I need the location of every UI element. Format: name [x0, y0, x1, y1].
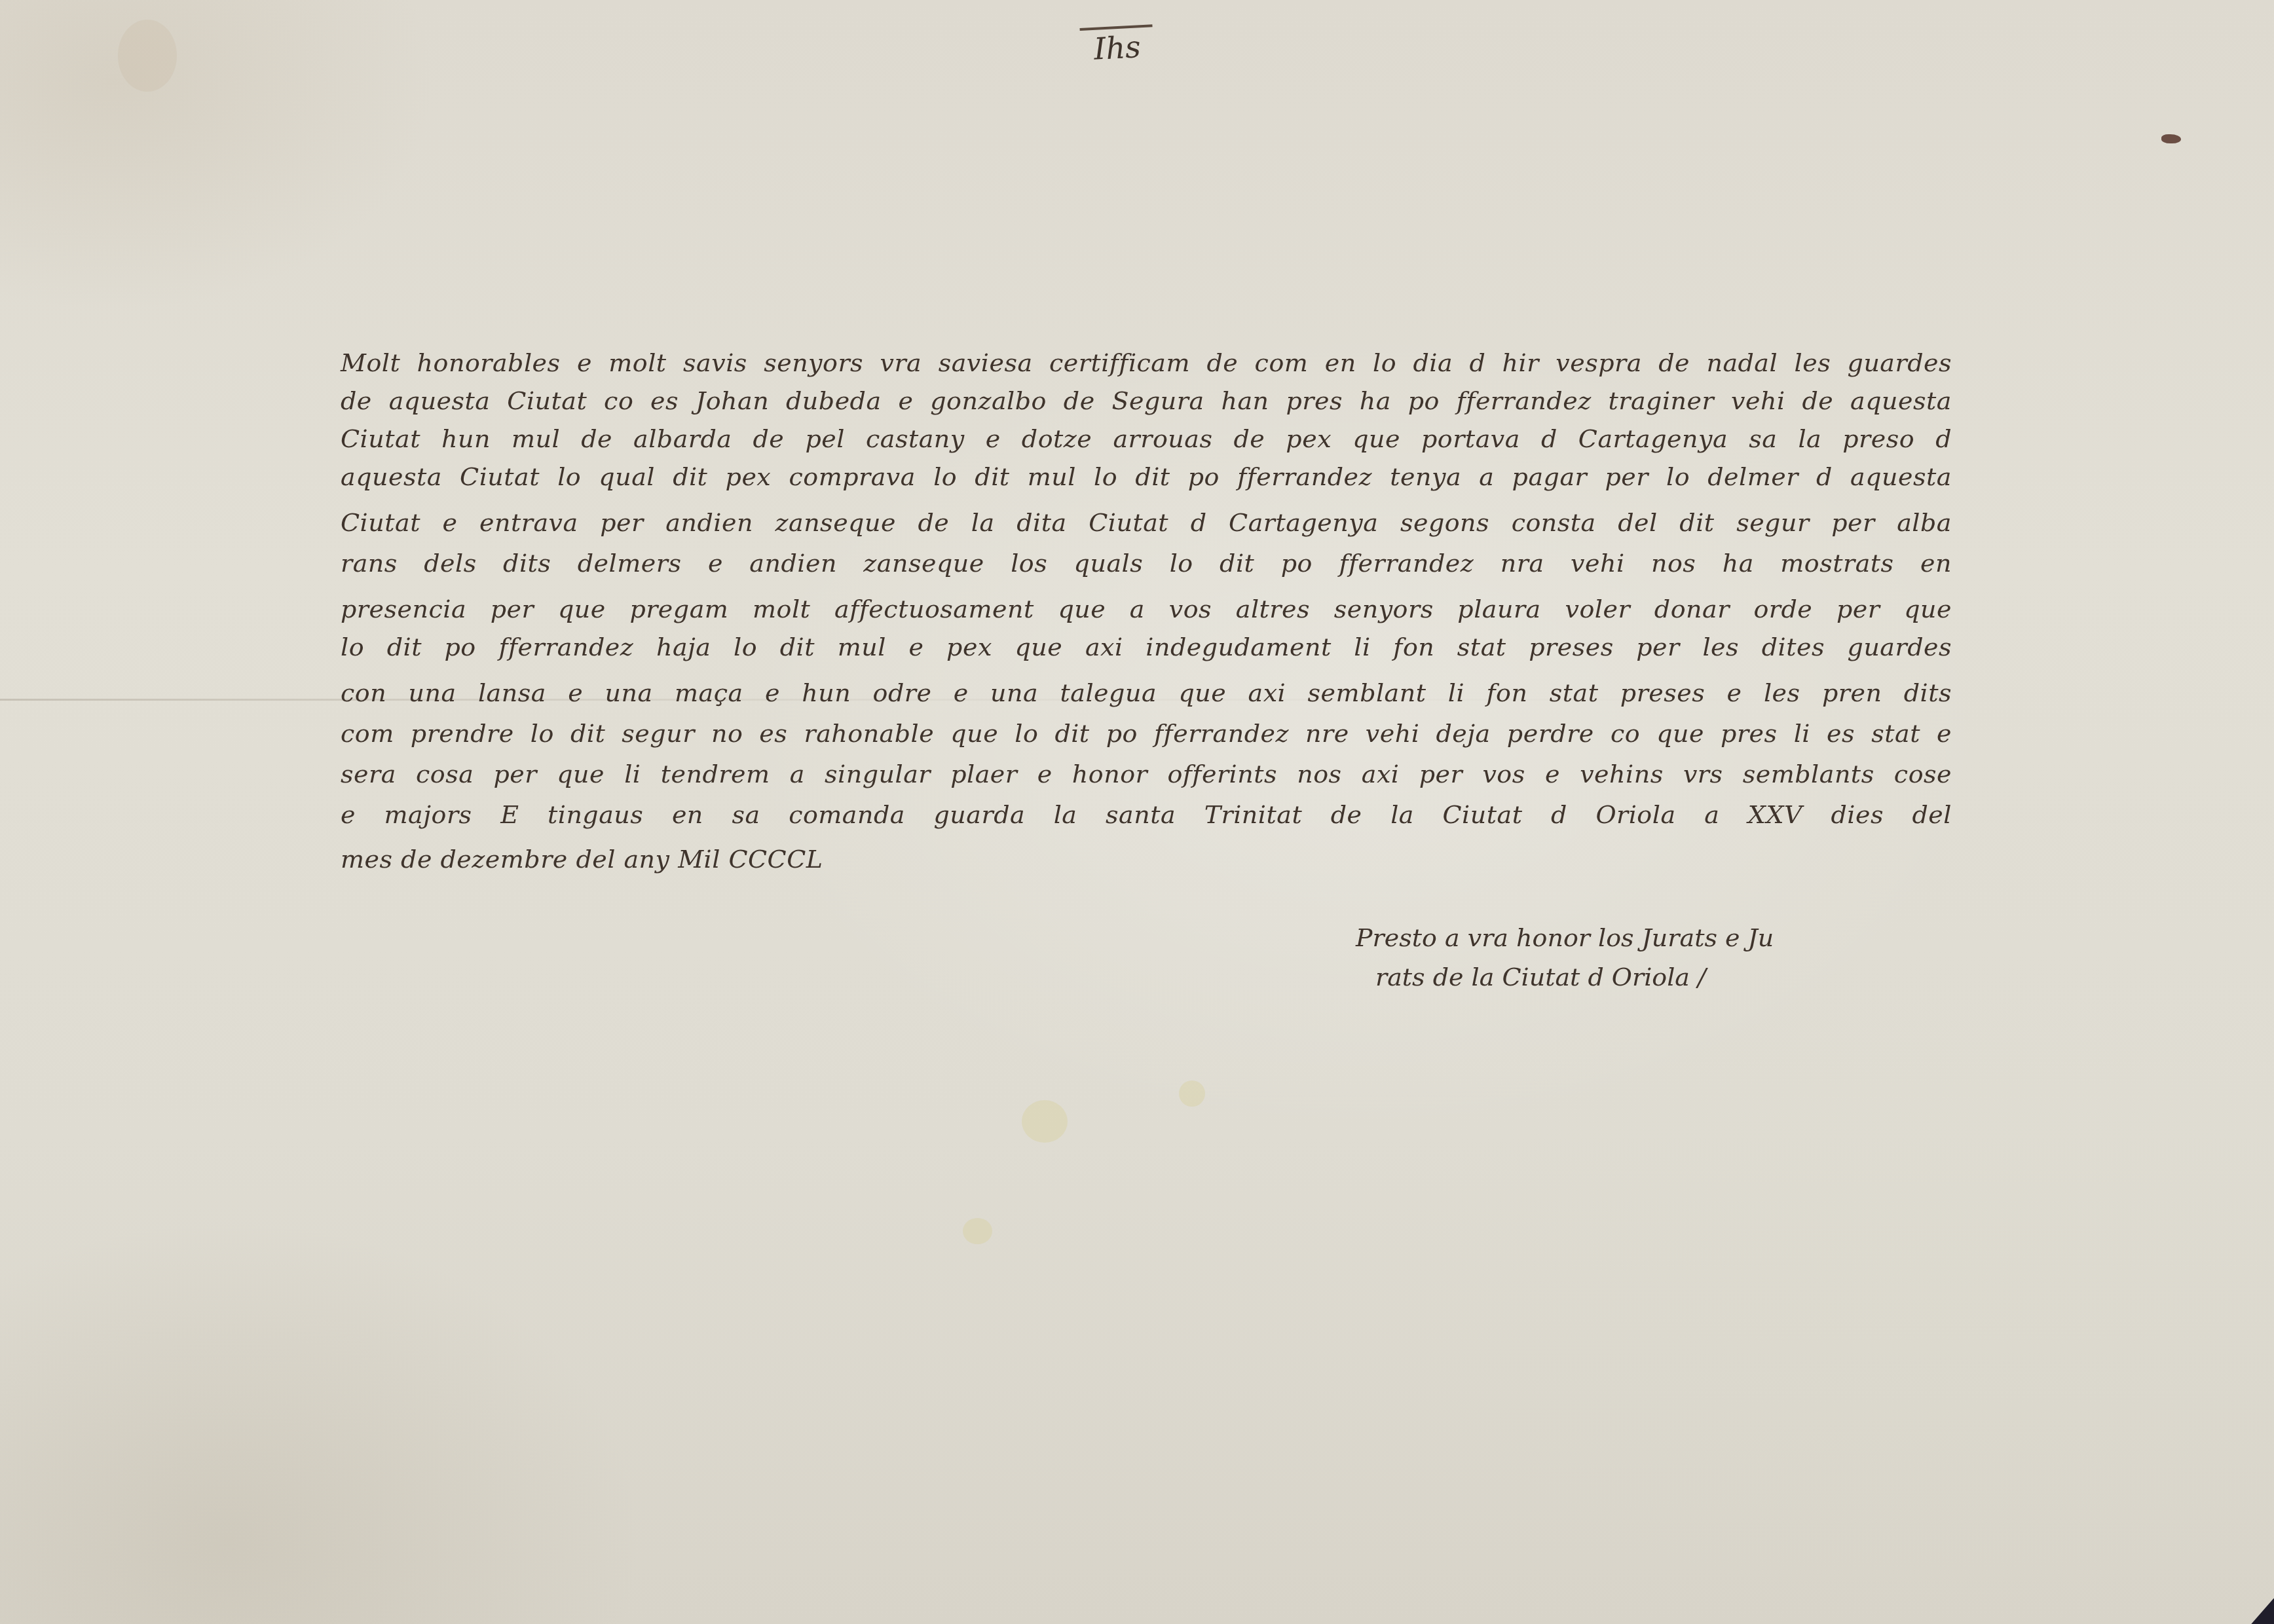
manuscript-page: Ihs Molt honorables e molt savis senyors…: [0, 0, 2274, 1624]
body-line: Ciutat hun mul de albarda de pel castany…: [341, 424, 1952, 453]
body-line: rans dels dits delmers e andien zanseque…: [341, 549, 1952, 578]
invocation-monogram: Ihs: [1080, 24, 1155, 67]
signature-line: Presto a vra honor los Jurats e Ju: [1356, 923, 1774, 952]
body-line-date: mes de dezembre del any Mil CCCCL: [341, 845, 823, 874]
body-line: de aquesta Ciutat co es Johan dubeda e g…: [341, 386, 1952, 415]
water-stain: [118, 20, 177, 92]
body-line: con una lansa e una maça e hun odre e un…: [341, 678, 1952, 707]
body-line: Molt honorables e molt savis senyors vra…: [341, 348, 1952, 377]
body-line: sera cosa per que li tendrem a singular …: [341, 760, 1952, 788]
paper-stain: [1179, 1080, 1205, 1107]
signature-line: rats de la Ciutat d Oriola /: [1375, 963, 1706, 991]
paper-stain: [1022, 1100, 1068, 1143]
body-line: lo dit po fferrandez haja lo dit mul e p…: [341, 633, 1952, 661]
body-line: com prendre lo dit segur no es rahonable…: [341, 719, 1952, 748]
paper-stain: [963, 1218, 992, 1244]
body-line: e majors E tingaus en sa comanda guarda …: [341, 800, 1952, 829]
ink-spot: [2161, 134, 2181, 143]
body-line: aquesta Ciutat lo qual dit pex comprava …: [341, 462, 1952, 491]
body-line: Ciutat e entrava per andien zanseque de …: [341, 508, 1952, 537]
body-line: presencia per que pregam molt affectuosa…: [341, 595, 1952, 623]
